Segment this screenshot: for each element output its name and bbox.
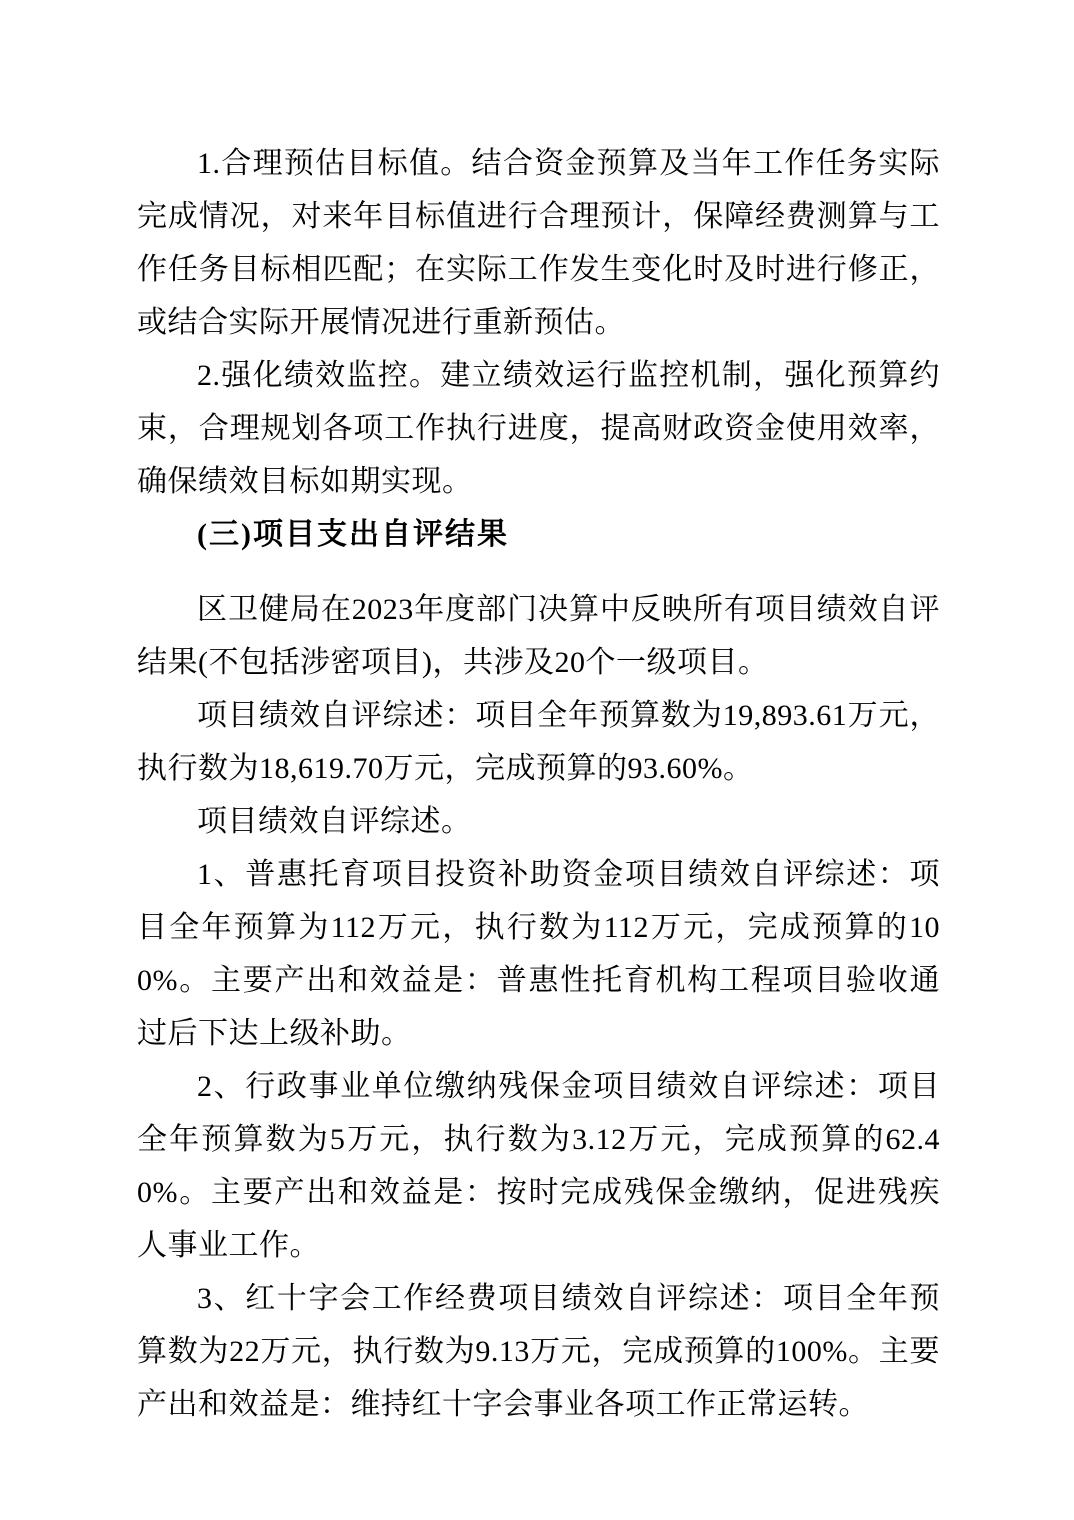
document-page: 1.合理预估目标值。结合资金预算及当年工作任务实际完成情况，对来年目标值进行合理… (0, 0, 1074, 1520)
paragraph-project-3-red-cross-funds: 3、红十字会工作经费项目绩效自评综述：项目全年预算数为22万元，执行数为9.13… (137, 1272, 940, 1431)
paragraph-project-1-childcare-subsidy: 1、普惠托育项目投资补助资金项目绩效自评综述：项目全年预算为112万元，执行数为… (137, 848, 940, 1060)
paragraph-project-2-disability-fund: 2、行政事业单位缴纳残保金项目绩效自评综述：项目全年预算数为5万元，执行数为3.… (137, 1060, 940, 1272)
paragraph-overall-budget-summary: 项目绩效自评综述：项目全年预算数为19,893.61万元， 执行数为18,619… (137, 689, 940, 795)
paragraph-performance-monitoring: 2.强化绩效监控。建立绩效运行监控机制，强化预算约束，合理规划各项工作执行进度，… (137, 349, 940, 508)
paragraph-summary-label: 项目绩效自评综述。 (137, 795, 940, 848)
paragraph-goal-estimation: 1.合理预估目标值。结合资金预算及当年工作任务实际完成情况，对来年目标值进行合理… (137, 137, 940, 349)
section-heading-project-self-evaluation: (三)项目支出自评结果 (137, 508, 940, 561)
paragraph-evaluation-scope: 区卫健局在2023年度部门决算中反映所有项目绩效自评结果(不包括涉密项目)，共涉… (137, 583, 940, 689)
